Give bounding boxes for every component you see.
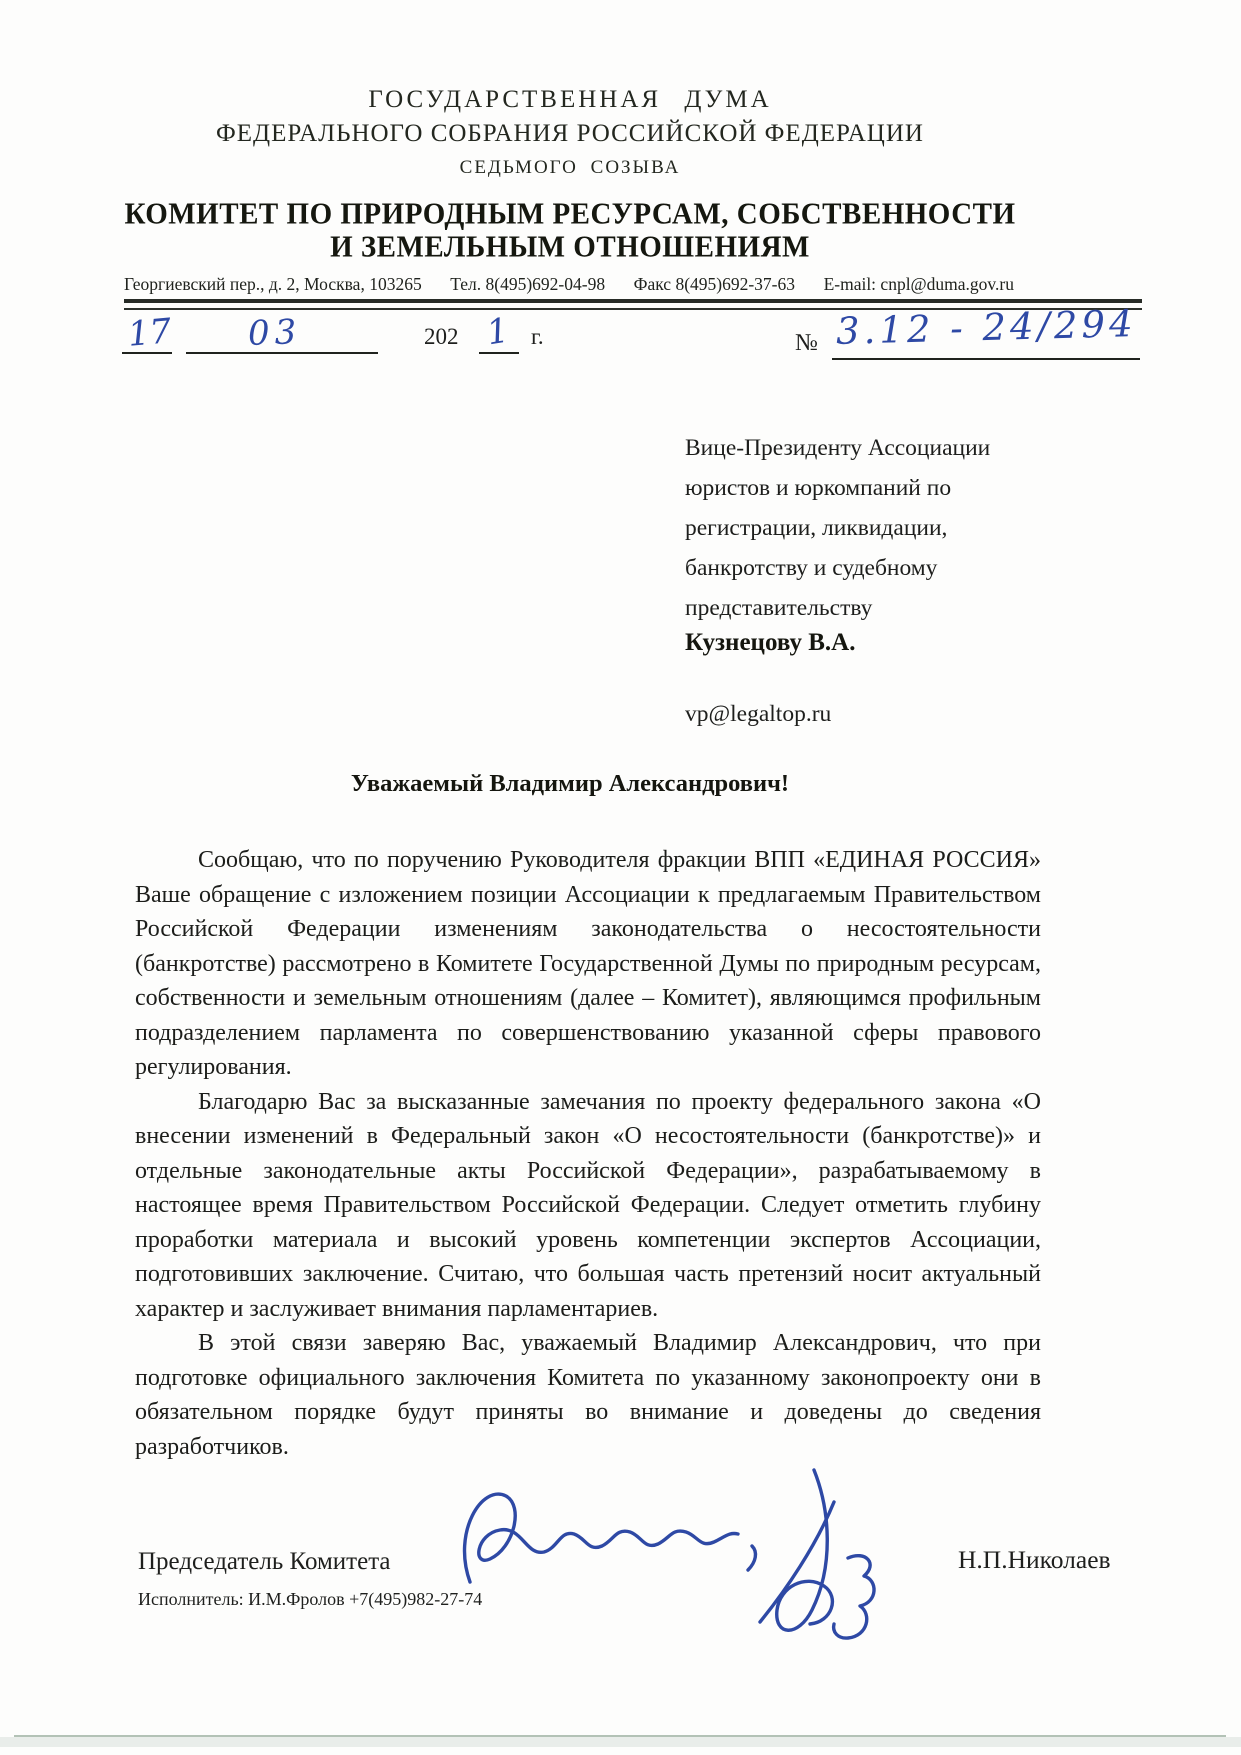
salutation: Уважаемый Владимир Александрович! (115, 770, 1025, 798)
year-label: г. (531, 324, 544, 350)
body-paragraph-1: Сообщаю, что по поручению Руководителя ф… (135, 843, 1041, 1085)
handwritten-outgoing-number: 3.12 - 24/294 (835, 302, 1137, 353)
email-address: E-mail: cnpl@duma.gov.ru (824, 274, 1014, 295)
body-paragraph-2: Благодарю Вас за высказанные замечания п… (135, 1085, 1041, 1327)
phone-number: Тел. 8(495)692-04-98 (450, 274, 605, 295)
committee-name-line2: И ЗЕМЕЛЬНЫМ ОТНОШЕНИЯМ (0, 230, 1140, 264)
recipient-name: Кузнецову В.А. (685, 629, 855, 657)
year-prefix: 202 (424, 324, 459, 350)
handwritten-day: 17 (126, 311, 173, 355)
recipient-line: юристов и юркомпаний по (685, 468, 990, 508)
number-underline (832, 358, 1140, 360)
letter-body: Сообщаю, что по поручению Руководителя ф… (135, 843, 1041, 1464)
recipient-block: Вице-Президенту Ассоциации юристов и юрк… (685, 428, 990, 628)
org-convocation: СЕДЬМОГО СОЗЫВА (0, 157, 1140, 179)
month-underline (186, 352, 378, 354)
contacts-line: Георгиевский пер., д. 2, Москва, 103265 … (124, 274, 1014, 295)
org-name-line1: ГОСУДАРСТВЕННАЯ ДУМА (0, 86, 1140, 114)
org-name-line2: ФЕДЕРАЛЬНОГО СОБРАНИЯ РОССИЙСКОЙ ФЕДЕРАЦ… (0, 120, 1140, 148)
recipient-line: банкротству и судебному (685, 548, 990, 588)
recipient-line: Вице-Президенту Ассоциации (685, 428, 990, 468)
scanned-letter-page: ГОСУДАРСТВЕННАЯ ДУМА ФЕДЕРАЛЬНОГО СОБРАН… (0, 0, 1241, 1755)
signature-ink (430, 1462, 900, 1662)
recipient-line: представительству (685, 588, 990, 628)
recipient-email: vp@legaltop.ru (685, 701, 831, 728)
handwritten-year-digit: 1 (484, 311, 512, 354)
recipient-line: регистрации, ликвидации, (685, 508, 990, 548)
signer-name: Н.П.Николаев (958, 1545, 1111, 1575)
number-sign: № (795, 330, 818, 357)
body-paragraph-3: В этой связи заверяю Вас, уважаемый Влад… (135, 1326, 1041, 1464)
year-underline (479, 352, 519, 354)
signer-position: Председатель Комитета (138, 1548, 391, 1576)
committee-name: КОМИТЕТ ПО ПРИРОДНЫМ РЕСУРСАМ, СОБСТВЕНН… (0, 198, 1140, 264)
executor-line: Исполнитель: И.М.Фролов +7(495)982-27-74 (138, 1589, 482, 1610)
committee-name-line1: КОМИТЕТ ПО ПРИРОДНЫМ РЕСУРСАМ, СОБСТВЕНН… (0, 197, 1140, 231)
scan-artifact-band (0, 1737, 1241, 1747)
day-underline (122, 352, 172, 354)
letterhead: ГОСУДАРСТВЕННАЯ ДУМА ФЕДЕРАЛЬНОГО СОБРАН… (0, 86, 1140, 264)
letterhead-rule-thick (124, 299, 1142, 303)
postal-address: Георгиевский пер., д. 2, Москва, 103265 (124, 274, 422, 295)
handwritten-month: 03 (247, 312, 302, 354)
fax-number: Факс 8(495)692-37-63 (634, 274, 795, 295)
